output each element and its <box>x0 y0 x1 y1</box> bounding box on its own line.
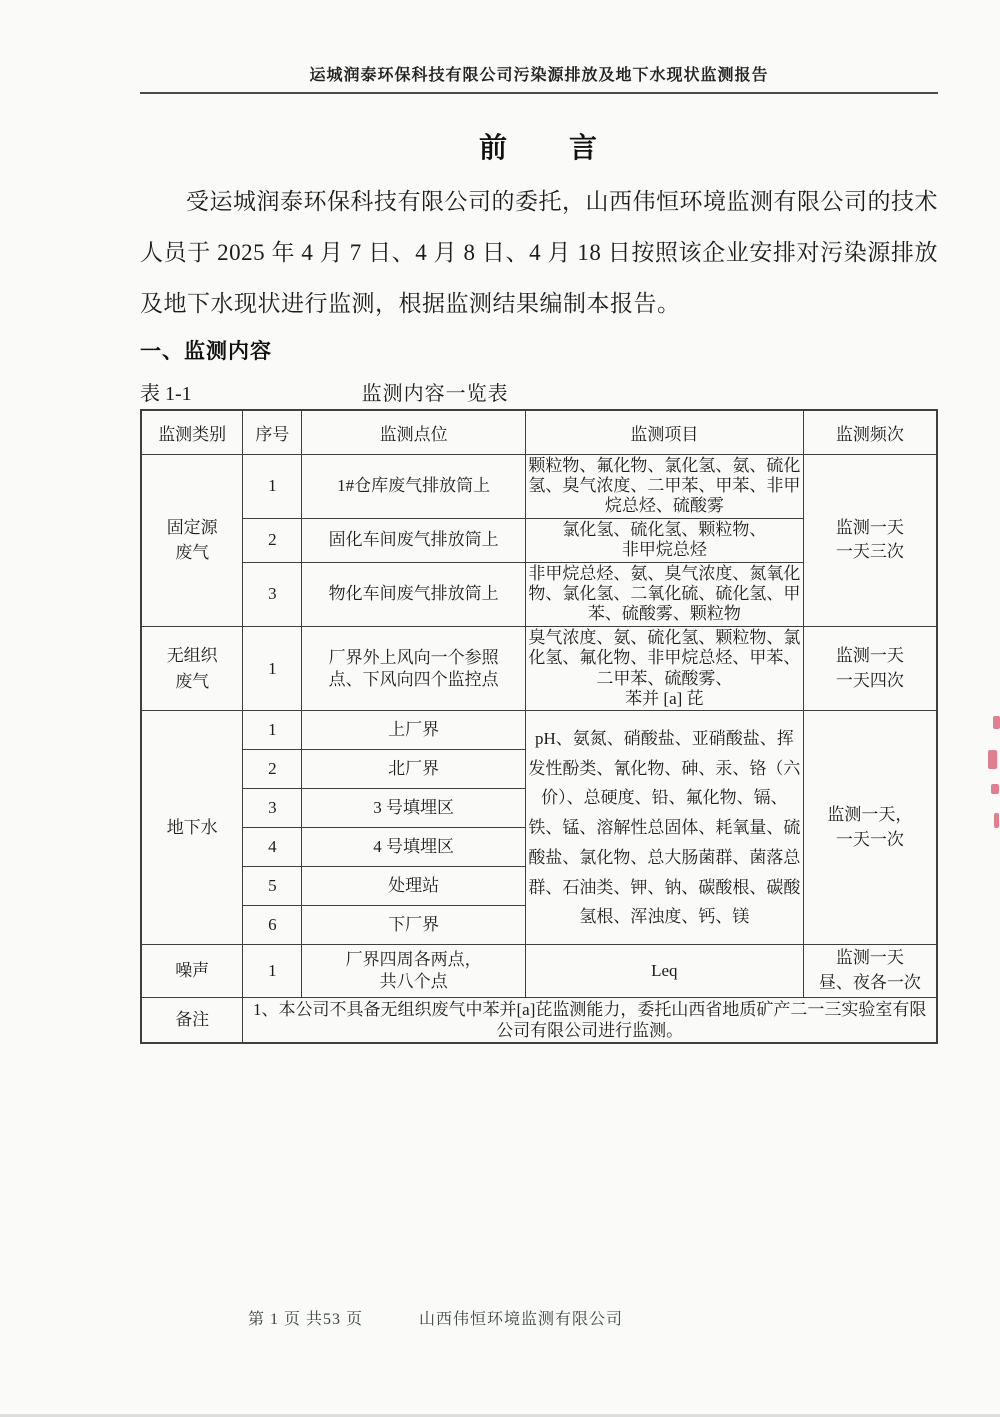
index-cell: 5 <box>243 867 302 906</box>
site-cell: 固化车间废气排放筒上 <box>302 518 526 562</box>
table-body: 固定源 废气11#仓库废气排放筒上颗粒物、氟化物、氯化氢、氨、硫化氢、臭气浓度、… <box>141 454 937 1043</box>
frequency-cell: 监测一天 一天三次 <box>803 454 937 626</box>
site-cell: 处理站 <box>302 867 526 906</box>
column-header: 序号 <box>243 410 302 454</box>
site-cell: 下厂界 <box>302 906 526 945</box>
index-cell: 3 <box>243 789 302 828</box>
preface-title: 前 言 <box>140 126 938 166</box>
table-row: 地下水1上厂界pH、氨氮、硝酸盐、亚硝酸盐、挥发性酚类、氰化物、砷、汞、铬（六价… <box>141 711 937 750</box>
section-heading: 一、监测内容 <box>140 337 938 367</box>
projects-cell: 臭气浓度、氨、硫化氢、颗粒物、氯化氢、氟化物、非甲烷总烃、甲苯、二甲苯、硫酸雾、… <box>525 626 803 711</box>
site-cell: 1#仓库废气排放筒上 <box>302 454 526 518</box>
site-cell: 4 号填埋区 <box>302 828 526 867</box>
projects-cell: 颗粒物、氟化物、氯化氢、氨、硫化氢、臭气浓度、二甲苯、甲苯、非甲烷总烃、硫酸雾 <box>525 454 803 518</box>
category-cell: 噪声 <box>141 945 243 997</box>
category-cell: 无组织 废气 <box>141 626 243 711</box>
column-header: 监测类别 <box>141 410 243 454</box>
column-header: 监测点位 <box>302 410 526 454</box>
index-cell: 4 <box>243 828 302 867</box>
preface-paragraph: 受运城润泰环保科技有限公司的委托，山西伟恒环境监测有限公司的技术人员于 2025… <box>140 176 938 329</box>
site-cell: 上厂界 <box>302 711 526 750</box>
table-label: 表 1-1 <box>140 381 192 407</box>
footer-page-number: 第 1 页 共53 页 <box>248 1306 363 1329</box>
index-cell: 1 <box>243 945 302 997</box>
site-cell: 北厂界 <box>302 750 526 789</box>
index-cell: 1 <box>243 454 302 518</box>
page-content: 运城润泰环保科技有限公司污染源排放及地下水现状监测报告 前 言 受运城润泰环保科… <box>140 0 938 1044</box>
footer-company-name: 山西伟恒环境监测有限公司 <box>419 1306 623 1329</box>
column-header: 监测频次 <box>803 410 937 454</box>
table-caption: 表 1-1 监测内容一览表 <box>140 381 938 407</box>
category-cell: 地下水 <box>141 711 243 945</box>
index-cell: 1 <box>243 626 302 711</box>
frequency-cell: 监测一天， 一天一次 <box>803 711 937 945</box>
red-stamp-edge-fragment <box>991 784 999 794</box>
projects-cell: 非甲烷总烃、氨、臭气浓度、氮氧化物、氯化氢、二氧化硫、硫化氢、甲苯、硫酸雾、颗粒… <box>525 562 803 626</box>
table-head: 监测类别序号监测点位监测项目监测频次 <box>141 410 937 454</box>
table-row: 噪声1厂界四周各两点， 共八个点Leq监测一天 昼、夜各一次 <box>141 945 937 997</box>
table-title: 监测内容一览表 <box>362 381 509 407</box>
site-cell: 厂界外上风向一个参照 点、下风向四个监控点 <box>302 626 526 711</box>
table-row: 备注1、本公司不具备无组织废气中苯并[a]芘监测能力，委托山西省地质矿产二一三实… <box>141 997 937 1043</box>
index-cell: 2 <box>243 518 302 562</box>
running-header: 运城润泰环保科技有限公司污染源排放及地下水现状监测报告 <box>140 0 938 85</box>
projects-cell: Leq <box>525 945 803 997</box>
red-stamp-edge-fragment <box>993 716 1000 729</box>
page-footer: 第 1 页 共53 页 山西伟恒环境监测有限公司 <box>140 1306 1000 1329</box>
site-cell: 3 号填埋区 <box>302 789 526 828</box>
index-cell: 1 <box>243 711 302 750</box>
index-cell: 3 <box>243 562 302 626</box>
column-header: 监测项目 <box>525 410 803 454</box>
table-row: 固定源 废气11#仓库废气排放筒上颗粒物、氟化物、氯化氢、氨、硫化氢、臭气浓度、… <box>141 454 937 518</box>
header-row: 监测类别序号监测点位监测项目监测频次 <box>141 410 937 454</box>
remark-cell: 1、本公司不具备无组织废气中苯并[a]芘监测能力，委托山西省地质矿产二一三实验室… <box>243 997 937 1043</box>
red-stamp-edge-fragment <box>988 750 997 769</box>
category-cell: 固定源 废气 <box>141 454 243 626</box>
site-cell: 物化车间废气排放筒上 <box>302 562 526 626</box>
index-cell: 6 <box>243 906 302 945</box>
monitoring-table: 监测类别序号监测点位监测项目监测频次 固定源 废气11#仓库废气排放筒上颗粒物、… <box>140 409 938 1044</box>
category-cell: 备注 <box>141 997 243 1043</box>
header-divider-line <box>140 92 938 94</box>
site-cell: 厂界四周各两点， 共八个点 <box>302 945 526 997</box>
projects-cell: pH、氨氮、硝酸盐、亚硝酸盐、挥发性酚类、氰化物、砷、汞、铬（六价）、总硬度、铅… <box>525 711 803 945</box>
frequency-cell: 监测一天 一天四次 <box>803 626 937 711</box>
red-stamp-edge-fragment <box>994 813 999 828</box>
frequency-cell: 监测一天 昼、夜各一次 <box>803 945 937 997</box>
table-row: 无组织 废气1厂界外上风向一个参照 点、下风向四个监控点臭气浓度、氨、硫化氢、颗… <box>141 626 937 711</box>
document-page: 运城润泰环保科技有限公司污染源排放及地下水现状监测报告 前 言 受运城润泰环保科… <box>0 0 1000 1417</box>
projects-cell: 氯化氢、硫化氢、颗粒物、 非甲烷总烃 <box>525 518 803 562</box>
index-cell: 2 <box>243 750 302 789</box>
